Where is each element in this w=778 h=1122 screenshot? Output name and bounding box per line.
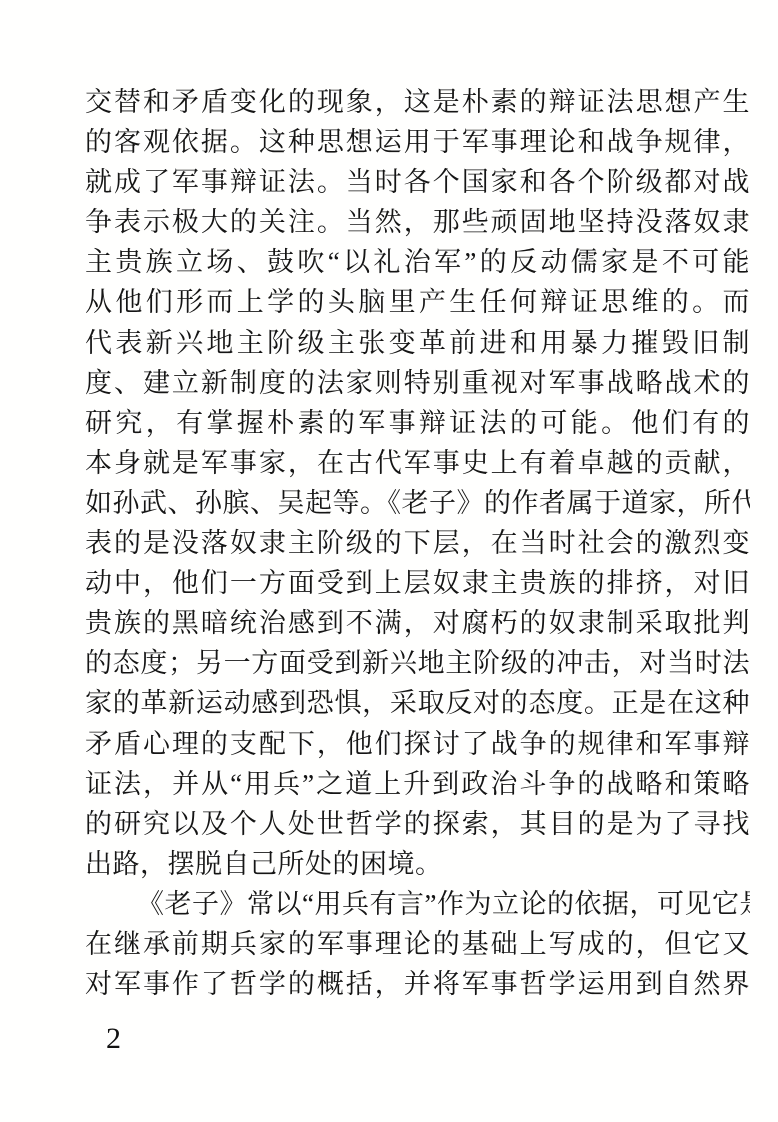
text-line: 主贵族立场、鼓吹“以礼治军”的反动儒家是不可能 <box>85 242 750 282</box>
text-line: 如孙武、孙膑、吴起等。《老子》的作者属于道家，所代 <box>85 483 750 523</box>
text-line: 的客观依据。这种思想运用于军事理论和战争规律， <box>85 122 750 162</box>
text-line: 对军事作了哲学的概括，并将军事哲学运用到自然界 <box>85 964 750 1004</box>
text-line: 的研究以及个人处世哲学的探索，其目的是为了寻找 <box>85 804 750 844</box>
text-line: 矛盾心理的支配下，他们探讨了战争的规律和军事辩 <box>85 724 750 764</box>
text-line: 家的革新运动感到恐惧，采取反对的态度。正是在这种 <box>85 683 750 723</box>
book-page: 交替和矛盾变化的现象，这是朴素的辩证法思想产生的客观依据。这种思想运用于军事理论… <box>0 0 778 1122</box>
text-line: 的态度；另一方面受到新兴地主阶级的冲击，对当时法 <box>85 643 750 683</box>
text-line: 从他们形而上学的头脑里产生任何辩证思维的。而 <box>85 282 750 322</box>
text-line: 度、建立新制度的法家则特别重视对军事战略战术的 <box>85 363 750 403</box>
text-line: 贵族的黑暗统治感到不满，对腐朽的奴隶制采取批判 <box>85 603 750 643</box>
text-line: 本身就是军事家，在古代军事史上有着卓越的贡献， <box>85 443 750 483</box>
text-line: 出路，摆脱自己所处的困境。 <box>85 844 750 884</box>
text-line: 《老子》常以“用兵有言”作为立论的依据，可见它是 <box>85 884 750 924</box>
body-text: 交替和矛盾变化的现象，这是朴素的辩证法思想产生的客观依据。这种思想运用于军事理论… <box>85 82 750 1004</box>
page-number: 2 <box>106 1020 121 1058</box>
text-line: 动中，他们一方面受到上层奴隶主贵族的排挤，对旧 <box>85 563 750 603</box>
text-line: 证法，并从“用兵”之道上升到政治斗争的战略和策略 <box>85 764 750 804</box>
text-line: 在继承前期兵家的军事理论的基础上写成的，但它又 <box>85 924 750 964</box>
text-line: 代表新兴地主阶级主张变革前进和用暴力摧毁旧制 <box>85 323 750 363</box>
text-line: 就成了军事辩证法。当时各个国家和各个阶级都对战 <box>85 162 750 202</box>
text-line: 争表示极大的关注。当然，那些顽固地坚持没落奴隶 <box>85 202 750 242</box>
text-line: 交替和矛盾变化的现象，这是朴素的辩证法思想产生 <box>85 82 750 122</box>
text-line: 表的是没落奴隶主阶级的下层，在当时社会的激烈变 <box>85 523 750 563</box>
text-line: 研究，有掌握朴素的军事辩证法的可能。他们有的 <box>85 403 750 443</box>
